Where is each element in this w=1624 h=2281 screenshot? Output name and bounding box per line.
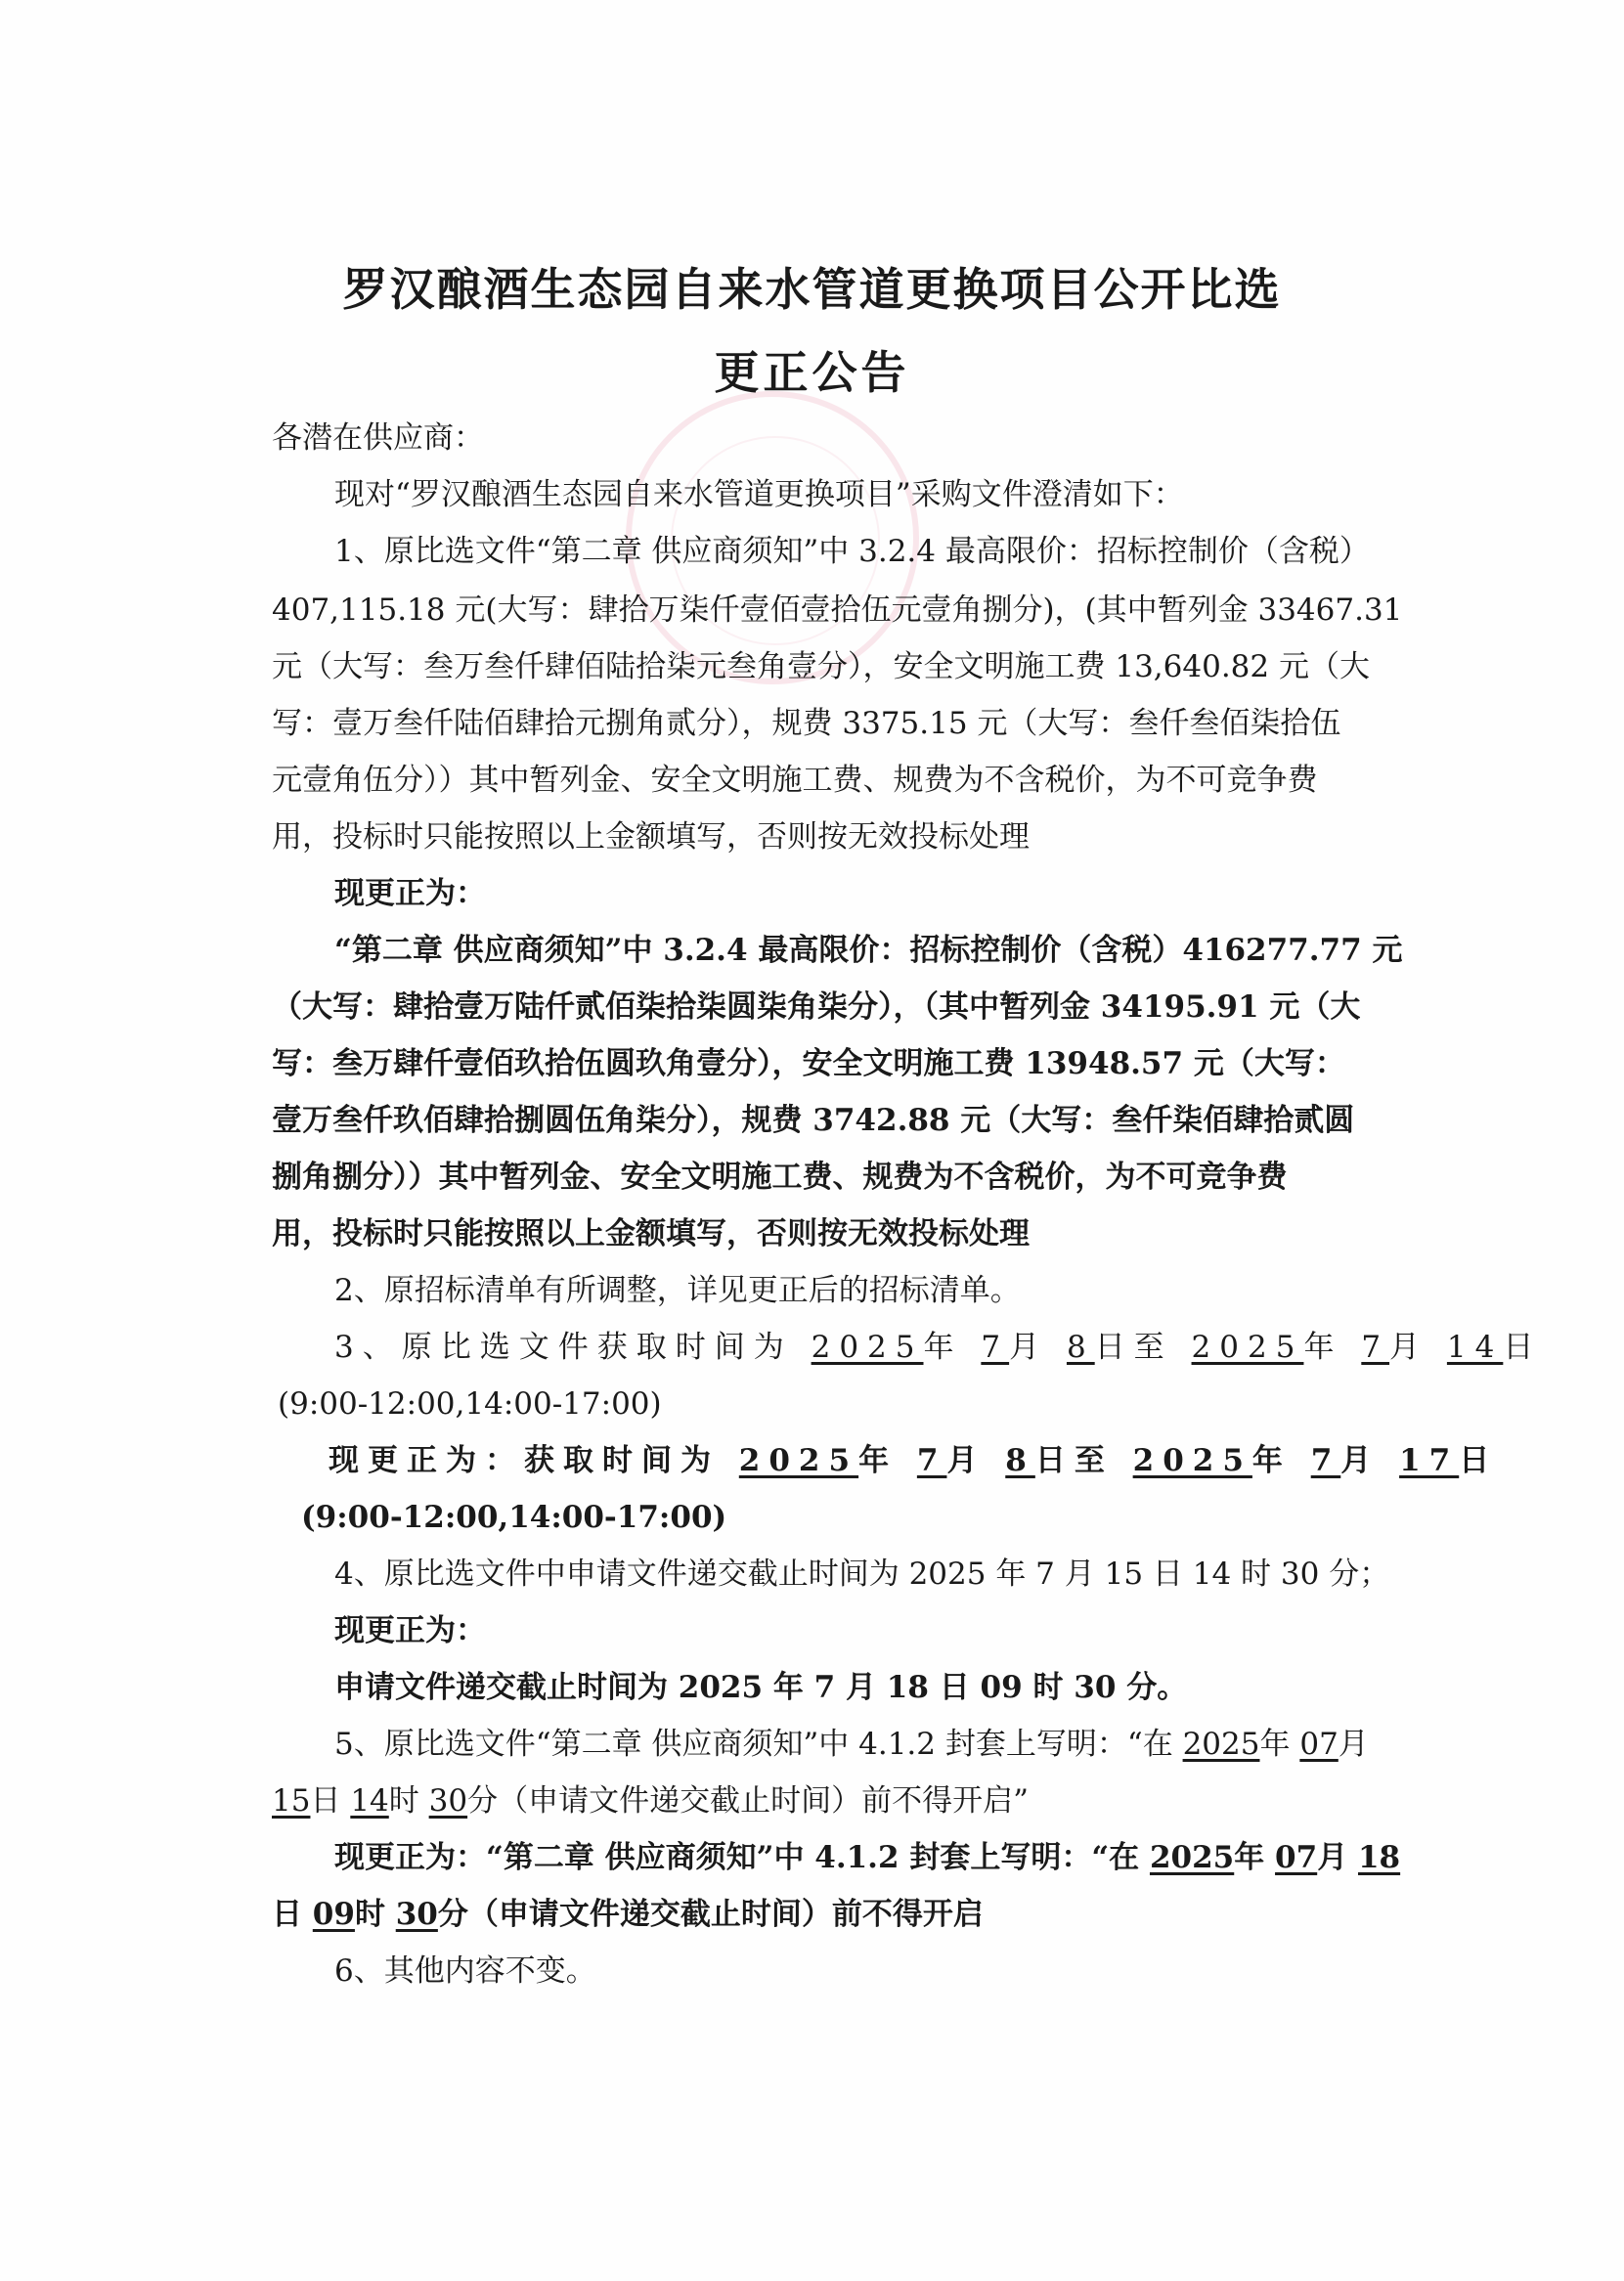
date-unit: 月: [1340, 1443, 1380, 1478]
item5-original-suffix: 分（申请文件递交截止时间）前不得开启”: [467, 1783, 1029, 1819]
item4-original: 4、原比选文件中申请文件递交截止时间为 2025 年 7 月 15 日 14 时…: [334, 1555, 1389, 1594]
document-page: 罗汉酿酒生态园自来水管道更换项目公开比选 更正公告 各潜在供应商： 现对“罗汉酿…: [0, 0, 1624, 2281]
date-value: 14: [1447, 1330, 1503, 1365]
date-unit: 日: [310, 1783, 340, 1819]
item1-correction-label: 现更正为：: [334, 874, 486, 913]
date-value: 17: [1399, 1443, 1459, 1478]
item3-corrected-hours: (9:00-12:00,14:00-17:00): [301, 1498, 726, 1537]
date-unit: 时: [389, 1783, 419, 1819]
item6-paragraph: 6、其他内容不变。: [334, 1952, 596, 1991]
date-unit: 年: [1303, 1330, 1342, 1365]
date-value: 30: [396, 1897, 438, 1932]
item1-original-line: 1、原比选文件“第二章 供应商须知”中 3.2.4 最高限价：招标控制价（含税）: [334, 532, 1370, 571]
item5-original-line1: 5、原比选文件“第二章 供应商须知”中 4.1.2 封套上写明：“在 2025年…: [334, 1725, 1369, 1764]
date-unit: 日: [1459, 1443, 1498, 1478]
date-unit: 月: [1009, 1330, 1048, 1365]
date-unit: 时: [355, 1897, 385, 1932]
date-unit: 日: [1503, 1330, 1542, 1365]
date-unit: 年: [1259, 1727, 1290, 1762]
date-unit: 月: [1317, 1840, 1347, 1875]
date-value: 18: [1358, 1840, 1400, 1875]
date-unit: 年: [1234, 1840, 1264, 1875]
date-unit: 月: [1339, 1727, 1369, 1762]
date-value: 7: [917, 1443, 947, 1478]
item3-corrected-line: 现更正为：获取时间为 2025年 7月 8日至 2025年 7月 17日: [329, 1441, 1498, 1480]
date-value: 2025: [1192, 1330, 1304, 1365]
date-value: 7: [1311, 1443, 1341, 1478]
date-value: 14: [350, 1783, 388, 1819]
item4-corrected: 申请文件递交截止时间为 2025 年 7 月 18 日 09 时 30 分。: [334, 1668, 1187, 1707]
item5-original-prefix: 5、原比选文件“第二章 供应商须知”中 4.1.2 封套上写明：“在: [334, 1727, 1173, 1762]
date-value: 8: [1005, 1443, 1035, 1478]
date-value: 09: [313, 1897, 355, 1932]
item5-original-line2: 15日 14时 30分（申请文件递交截止时间）前不得开启”: [272, 1781, 1029, 1820]
date-value: 2025: [812, 1330, 924, 1365]
date-value: 2025: [1133, 1443, 1252, 1478]
date-unit: 日至: [1095, 1330, 1173, 1365]
item1-original-line: 407,115.18 元(大写：肆拾万柒仟壹佰壹拾伍元壹角捌分)，(其中暂列金 …: [272, 591, 1402, 630]
date-value: 30: [429, 1783, 467, 1819]
intro-paragraph: 现对“罗汉酿酒生态园自来水管道更换项目”采购文件澄清如下：: [334, 475, 1184, 514]
item3-original-prefix: 3、原比选文件获取时间为: [334, 1330, 793, 1365]
item1-corrected-line: （大写：肆拾壹万陆仟贰佰柒拾柒圆柒角柒分），（其中暂列金 34195.91 元（…: [272, 987, 1360, 1027]
item1-original-line: 元（大写：叁万叁仟肆佰陆拾柒元叁角壹分），安全文明施工费 13,640.82 元…: [272, 647, 1370, 686]
date-unit: 月: [946, 1443, 986, 1478]
document-title: 罗汉酿酒生态园自来水管道更换项目公开比选: [0, 254, 1624, 319]
date-value: 7: [1361, 1330, 1389, 1365]
item1-corrected-line: 用，投标时只能按照以上金额填写，否则按无效投标处理: [272, 1214, 1030, 1253]
item3-original-hours: (9:00-12:00,14:00-17:00): [278, 1384, 662, 1424]
item5-corrected-suffix: 分（申请文件递交截止时间）前不得开启: [438, 1897, 984, 1932]
item3-original-line: 3、原比选文件获取时间为 2025年 7月 8日至 2025年 7月 14日: [334, 1328, 1542, 1367]
date-value: 7: [981, 1330, 1009, 1365]
date-unit: 月: [1389, 1330, 1428, 1365]
date-unit: 年: [1252, 1443, 1292, 1478]
item3-corrected-prefix: 现更正为：获取时间为: [329, 1443, 720, 1478]
date-unit: 年: [924, 1330, 963, 1365]
date-unit: 日: [272, 1897, 302, 1932]
date-unit: 年: [858, 1443, 898, 1478]
item5-corrected-prefix: 现更正为：“第二章 供应商须知”中 4.1.2 封套上写明：“在: [334, 1840, 1139, 1875]
item4-correction-label: 现更正为：: [334, 1611, 486, 1650]
date-value: 2025: [1150, 1840, 1234, 1875]
date-value: 07: [1299, 1727, 1338, 1762]
date-value: 8: [1067, 1330, 1095, 1365]
item1-original-line: 写：壹万叁仟陆佰肆拾元捌角贰分），规费 3375.15 元（大写：叁仟叁佰柒拾伍: [272, 704, 1340, 743]
item1-original-line: 元壹角伍分））其中暂列金、安全文明施工费、规费为不含税价，为不可竞争费: [272, 761, 1318, 800]
item1-original-line: 用，投标时只能按照以上金额填写，否则按无效投标处理: [272, 817, 1030, 856]
date-value: 2025: [739, 1443, 858, 1478]
document-subtitle: 更正公告: [0, 337, 1624, 402]
date-value: 2025: [1183, 1727, 1260, 1762]
date-unit: 日至: [1035, 1443, 1114, 1478]
salutation: 各潜在供应商：: [272, 418, 484, 458]
date-value: 15: [272, 1783, 310, 1819]
item1-corrected-line: 捌角捌分））其中暂列金、安全文明施工费、规费为不含税价，为不可竞争费: [272, 1158, 1288, 1197]
item5-corrected-line1: 现更正为：“第二章 供应商须知”中 4.1.2 封套上写明：“在 2025年 0…: [334, 1838, 1400, 1877]
item1-corrected-line: “第二章 供应商须知”中 3.2.4 最高限价：招标控制价（含税）416277.…: [334, 931, 1402, 970]
date-value: 07: [1275, 1840, 1317, 1875]
item2-paragraph: 2、原招标清单有所调整，详见更正后的招标清单。: [334, 1271, 1021, 1310]
item5-corrected-line2: 日 09时 30分（申请文件递交截止时间）前不得开启: [272, 1895, 984, 1934]
item1-corrected-line: 写：叁万肆仟壹佰玖拾伍圆玖角壹分），安全文明施工费 13948.57 元（大写：: [272, 1044, 1345, 1083]
item1-corrected-line: 壹万叁仟玖佰肆拾捌圆伍角柒分），规费 3742.88 元（大写：叁仟柒佰肆拾贰圆: [272, 1101, 1354, 1140]
